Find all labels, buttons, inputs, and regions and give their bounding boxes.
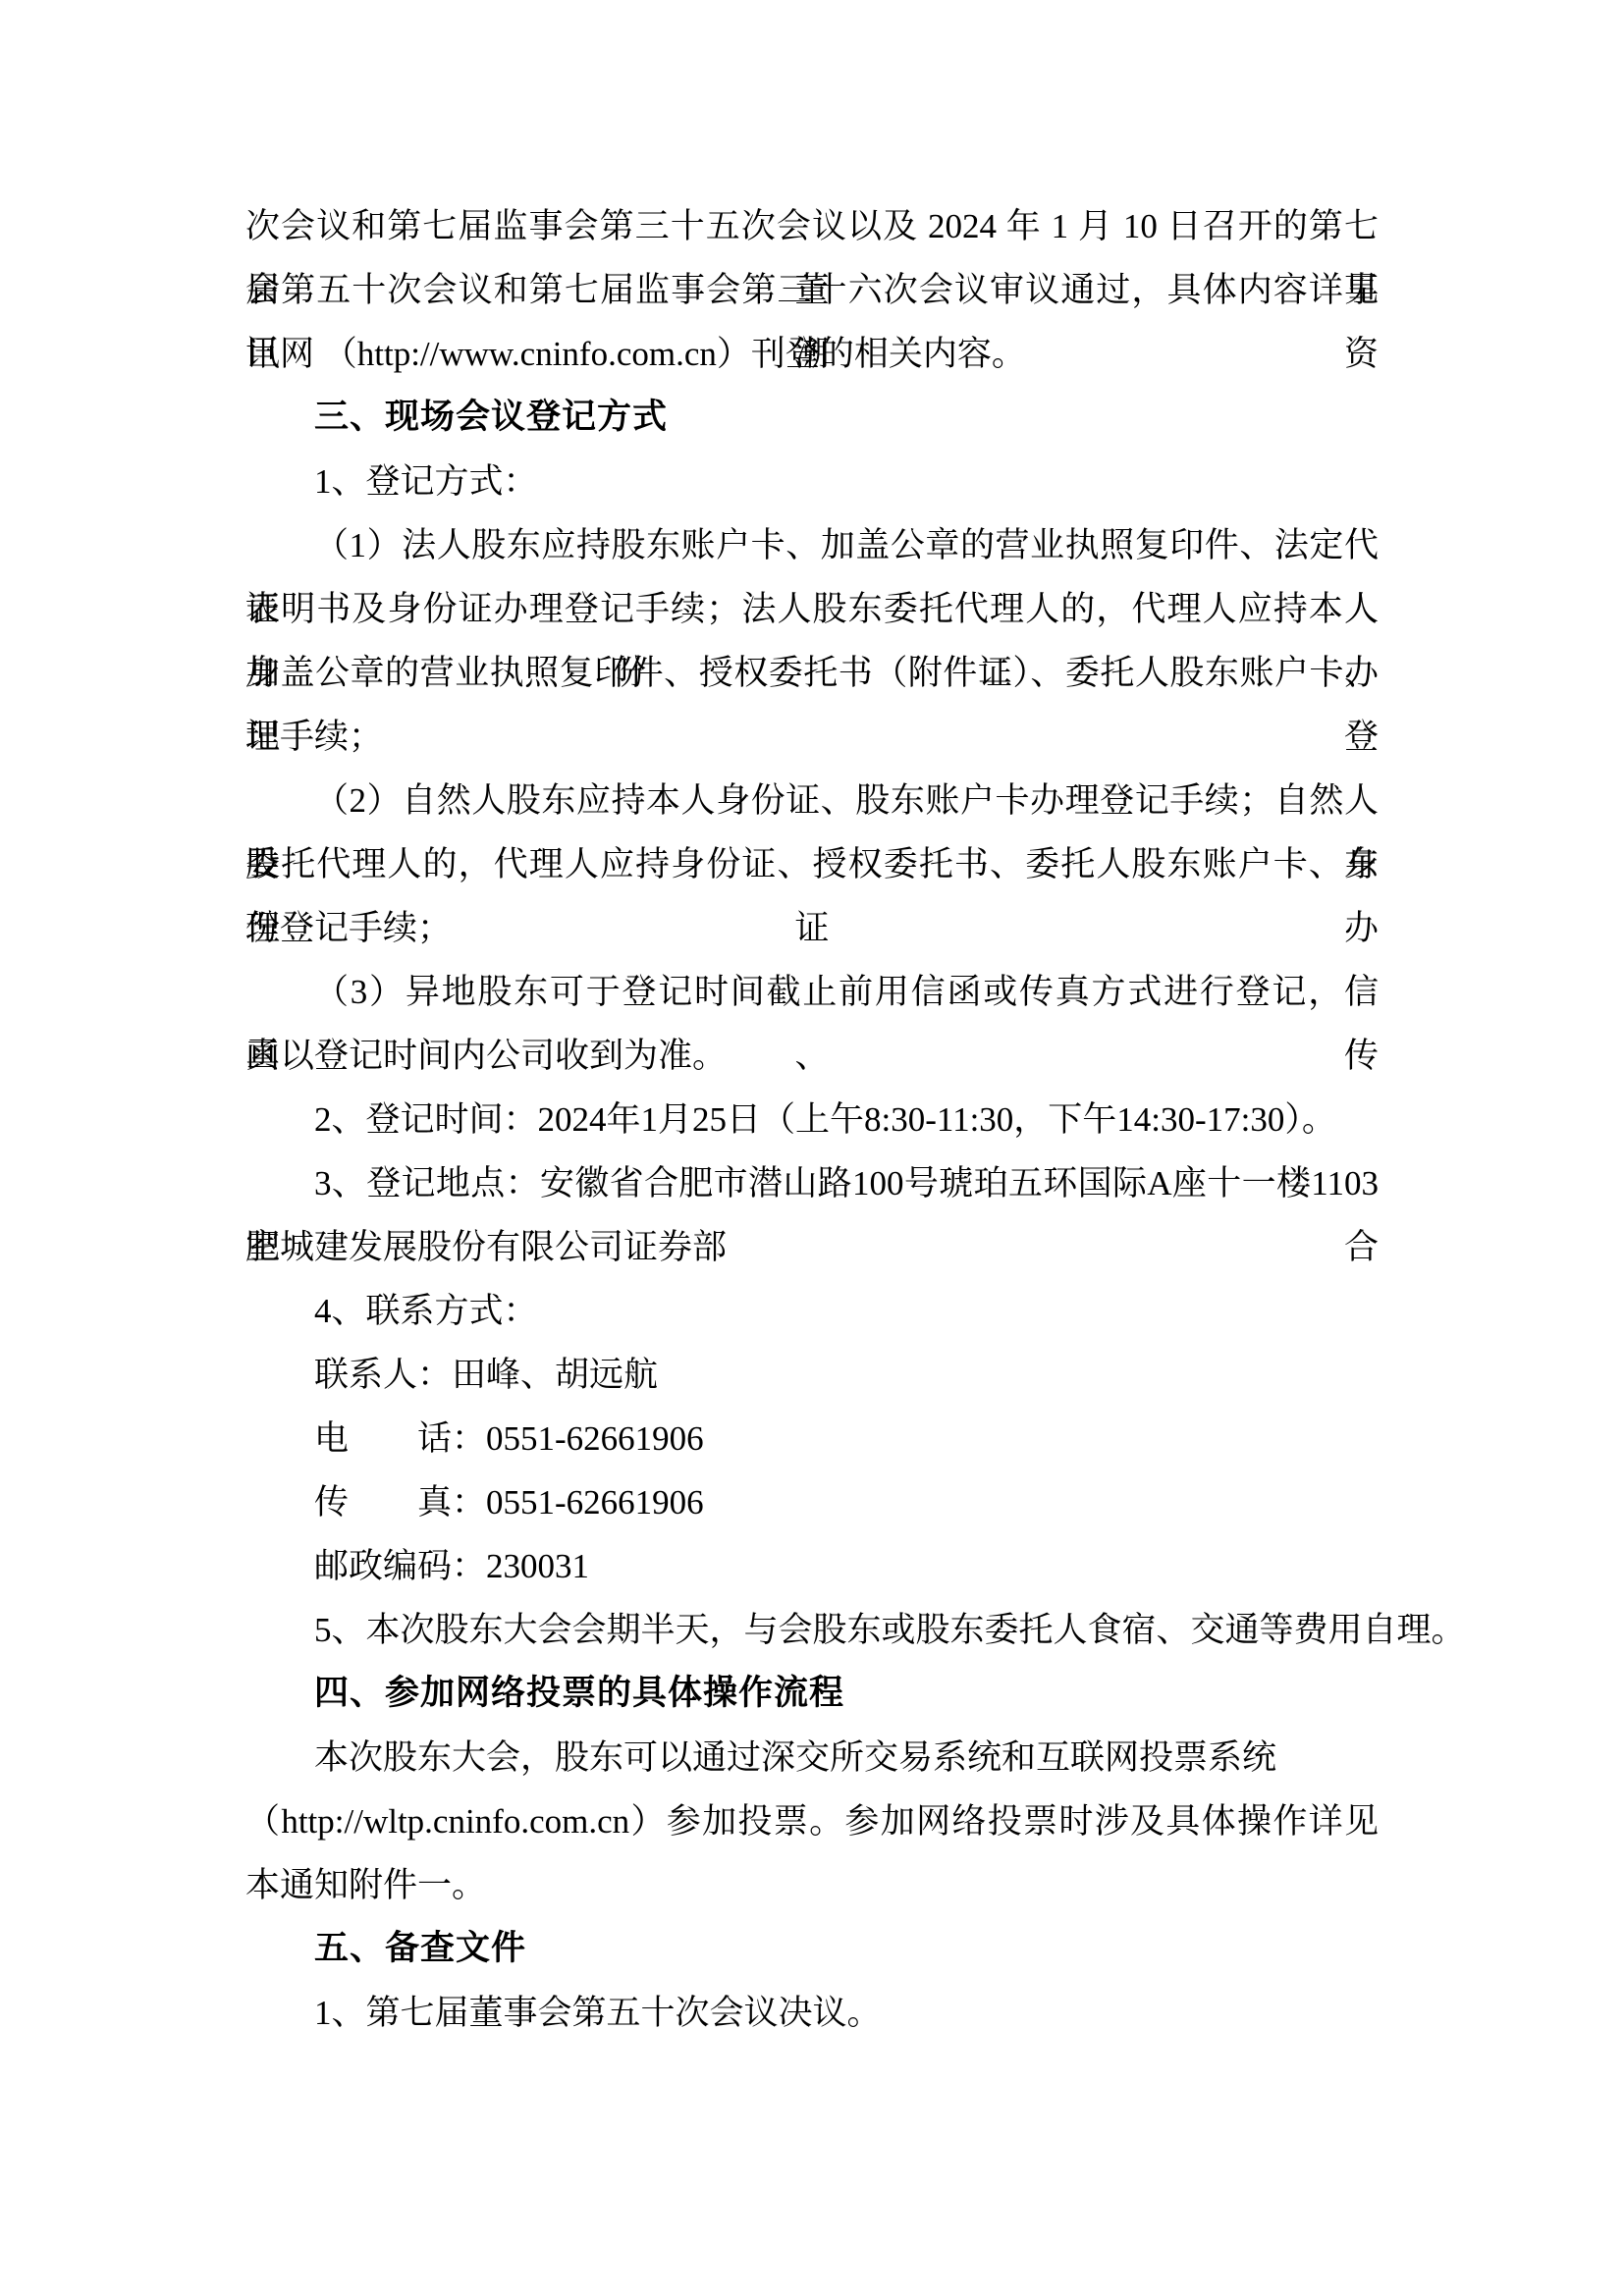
contact-phone: 电 话：0551-62661906 (245, 1407, 1379, 1470)
body-line-continuation: 次会议和第七届监事会第三十五次会议以及 2024 年 1 月 10 日召开的第七… (245, 194, 1379, 258)
body-line-continuation: 委托代理人的，代理人应持身份证、授权委托书、委托人股东账户卡、身份证办 (245, 832, 1379, 896)
item-contact-info: 4、联系方式： (245, 1279, 1379, 1343)
body-line-continuation: 会第五十次会议和第七届监事会第三十六次会议审议通过，具体内容详见巨潮资 (245, 258, 1379, 322)
item-registration-address: 3、登记地点：安徽省合肥市潜山路100号琥珀五环国际A座十一楼1103室合 (245, 1151, 1379, 1215)
body-line-continuation: 本通知附件一。 (245, 1853, 1379, 1917)
contact-person: 联系人：田峰、胡远航 (245, 1343, 1379, 1407)
contact-postal-code: 邮政编码：230031 (245, 1534, 1379, 1598)
item-registration-time: 2、登记时间：2024年1月25日（上午8:30-11:30，下午14:30-1… (245, 1088, 1379, 1151)
sub-item-remote-shareholder: （3）异地股东可于登记时间截止前用信函或传真方式进行登记，信函、传 (245, 960, 1379, 1024)
contact-fax: 传 真：0551-62661906 (245, 1470, 1379, 1534)
sub-item-corporate-shareholder: （1）法人股东应持股东账户卡、加盖公章的营业执照复印件、法定代表人 (245, 513, 1379, 577)
sub-item-individual-shareholder: （2）自然人股东应持本人身份证、股东账户卡办理登记手续；自然人股东 (245, 769, 1379, 832)
item-board-resolution: 1、第七届董事会第五十次会议决议。 (245, 1981, 1379, 2045)
body-line-wltp-url: （http://wltp.cninfo.com.cn）参加投票。参加网络投票时涉… (245, 1789, 1379, 1853)
section-heading-reference-documents: 五、备查文件 (245, 1917, 1379, 1981)
page-body: 次会议和第七届监事会第三十五次会议以及 2024 年 1 月 10 日召开的第七… (245, 194, 1379, 2045)
section-heading-online-voting: 四、参加网络投票的具体操作流程 (245, 1662, 1379, 1726)
section-heading-onsite-registration: 三、现场会议登记方式 (245, 386, 1379, 450)
body-line-continuation: 证明书及身份证办理登记手续；法人股东委托代理人的，代理人应持本人身份证、 (245, 577, 1379, 641)
paragraph-online-voting: 本次股东大会，股东可以通过深交所交易系统和互联网投票系统 (245, 1726, 1379, 1789)
item-registration-method: 1、登记方式： (245, 450, 1379, 513)
body-line-continuation: 加盖公章的营业执照复印件、授权委托书（附件二）、委托人股东账户卡办理登 (245, 641, 1379, 705)
document-page: 次会议和第七届监事会第三十五次会议以及 2024 年 1 月 10 日召开的第七… (0, 0, 1624, 2296)
item-meeting-expenses: 5、本次股东大会会期半天，与会股东或股东委托人食宿、交通等费用自理。 (245, 1598, 1379, 1662)
